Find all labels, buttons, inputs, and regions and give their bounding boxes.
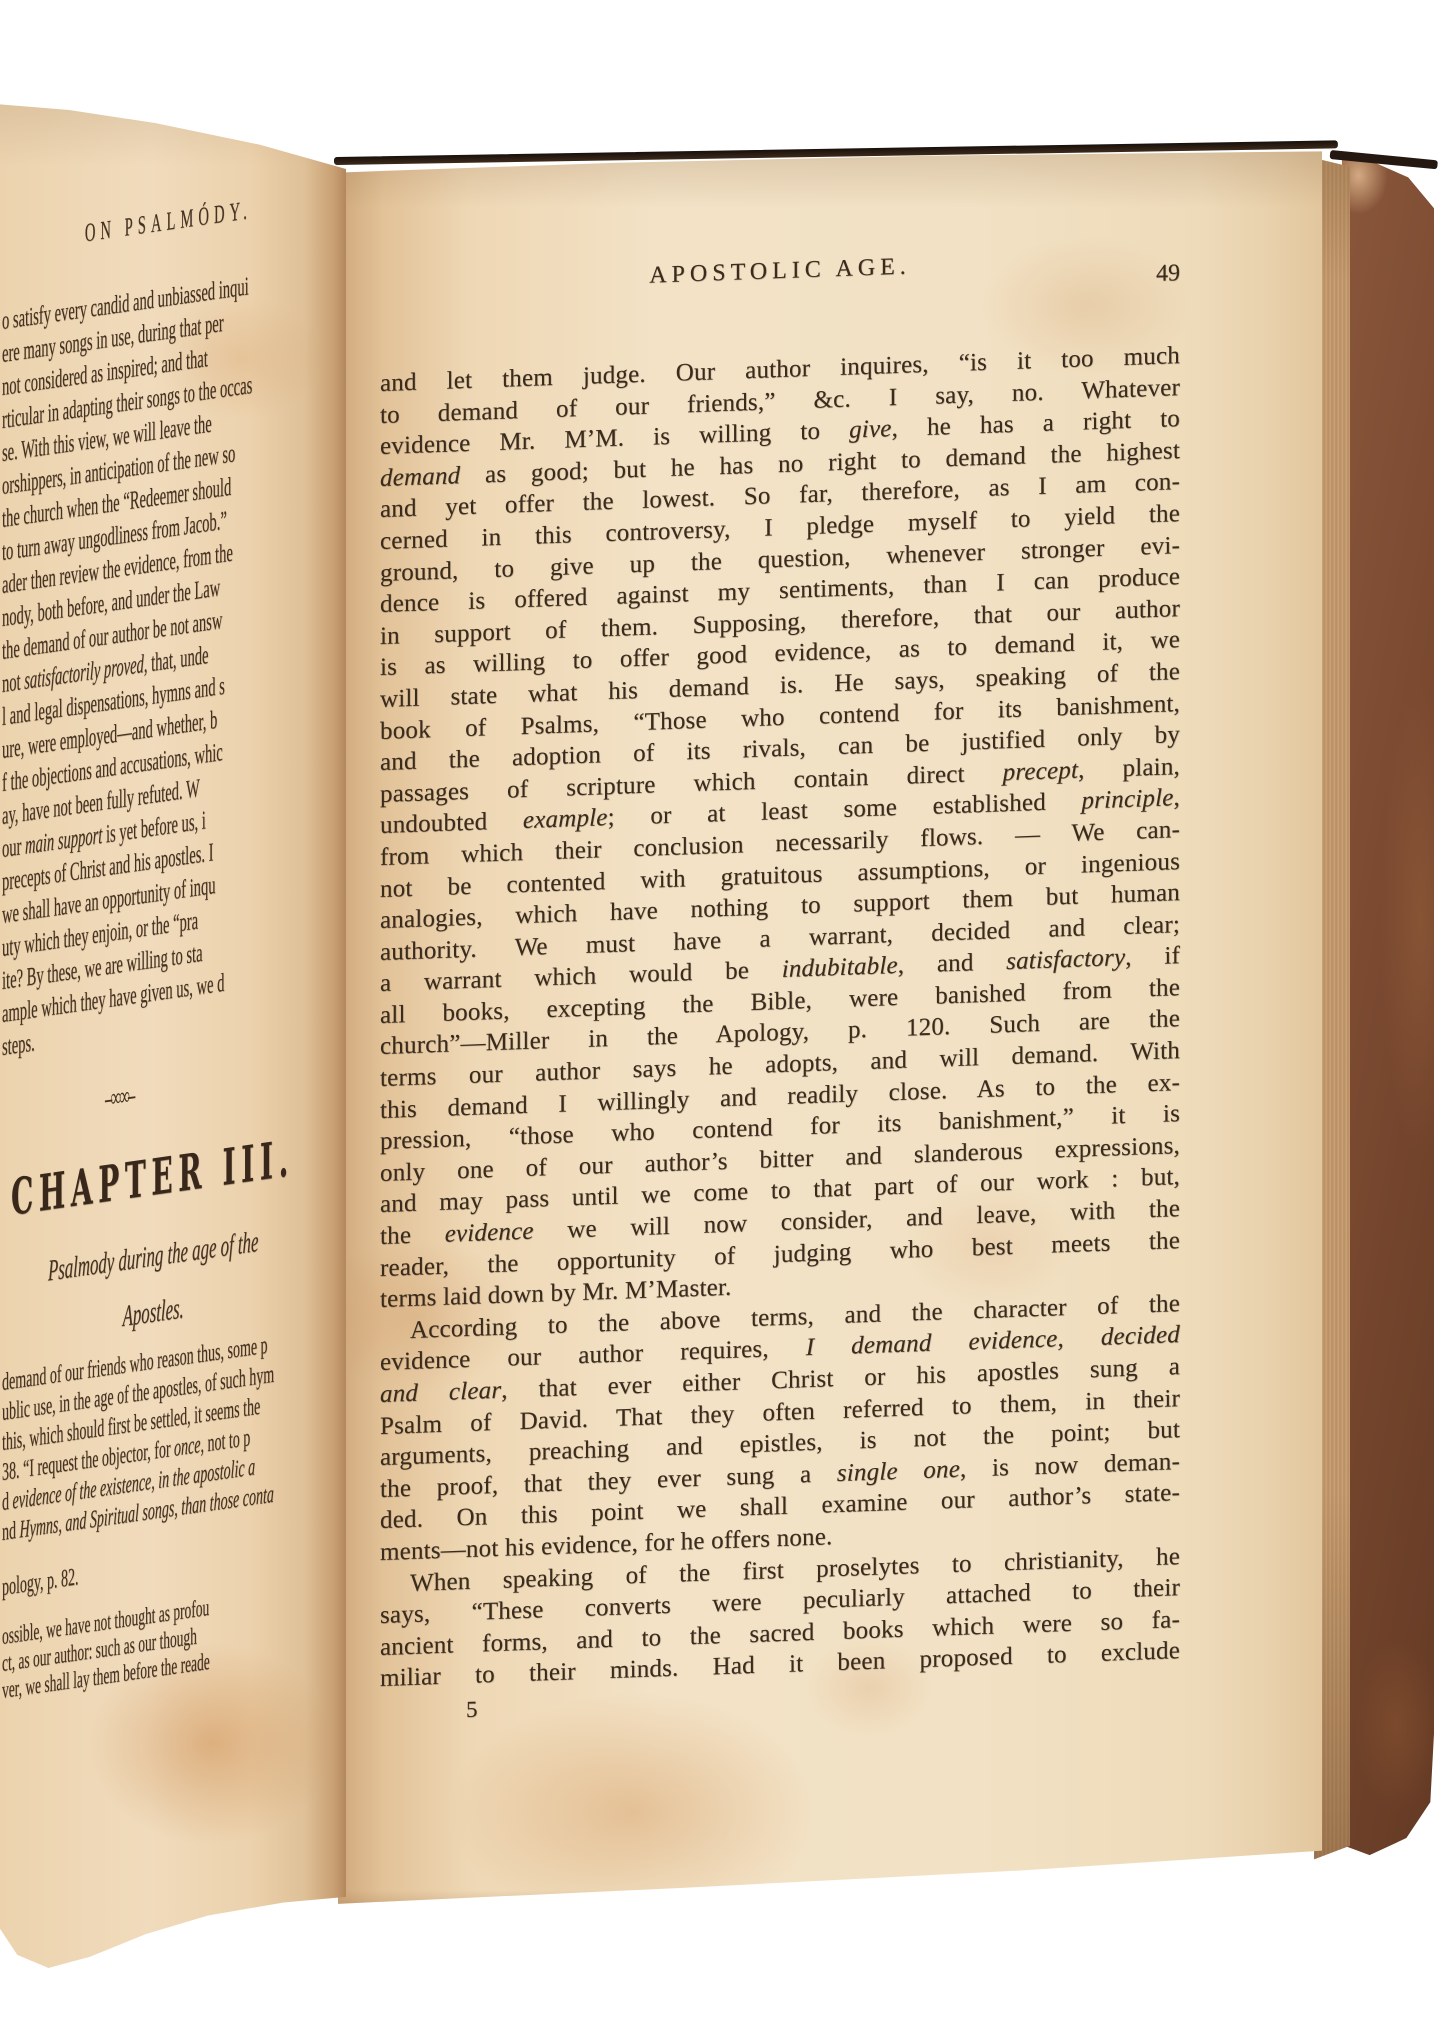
running-header: APOSTOLIC AGE.	[380, 244, 1180, 299]
book-photo: APOSTOLIC AGE. 49 and let them judge. Ou…	[0, 0, 1445, 2023]
right-page-content: APOSTOLIC AGE. 49 and let them judge. Ou…	[380, 340, 1180, 1695]
book-cover-board	[1342, 150, 1434, 1862]
page-number: 49	[1080, 260, 1180, 290]
right-page: APOSTOLIC AGE. 49 and let them judge. Ou…	[338, 146, 1322, 1918]
left-page: ON PSALMÓDY. o satisfy every candid and …	[0, 96, 346, 1968]
signature-mark: 5	[466, 1697, 478, 1723]
running-header-left: ON PSALMÓDY.	[85, 178, 346, 248]
section-ornament: –∞∞–	[105, 1047, 346, 1114]
page-body: and let them judge. Our author inquires,…	[380, 340, 1180, 1695]
left-page-content: ON PSALMÓDY. o satisfy every candid and …	[2, 178, 346, 1705]
left-page-fragments-top: o satisfy every candid and unbiassed inq…	[2, 252, 346, 1063]
